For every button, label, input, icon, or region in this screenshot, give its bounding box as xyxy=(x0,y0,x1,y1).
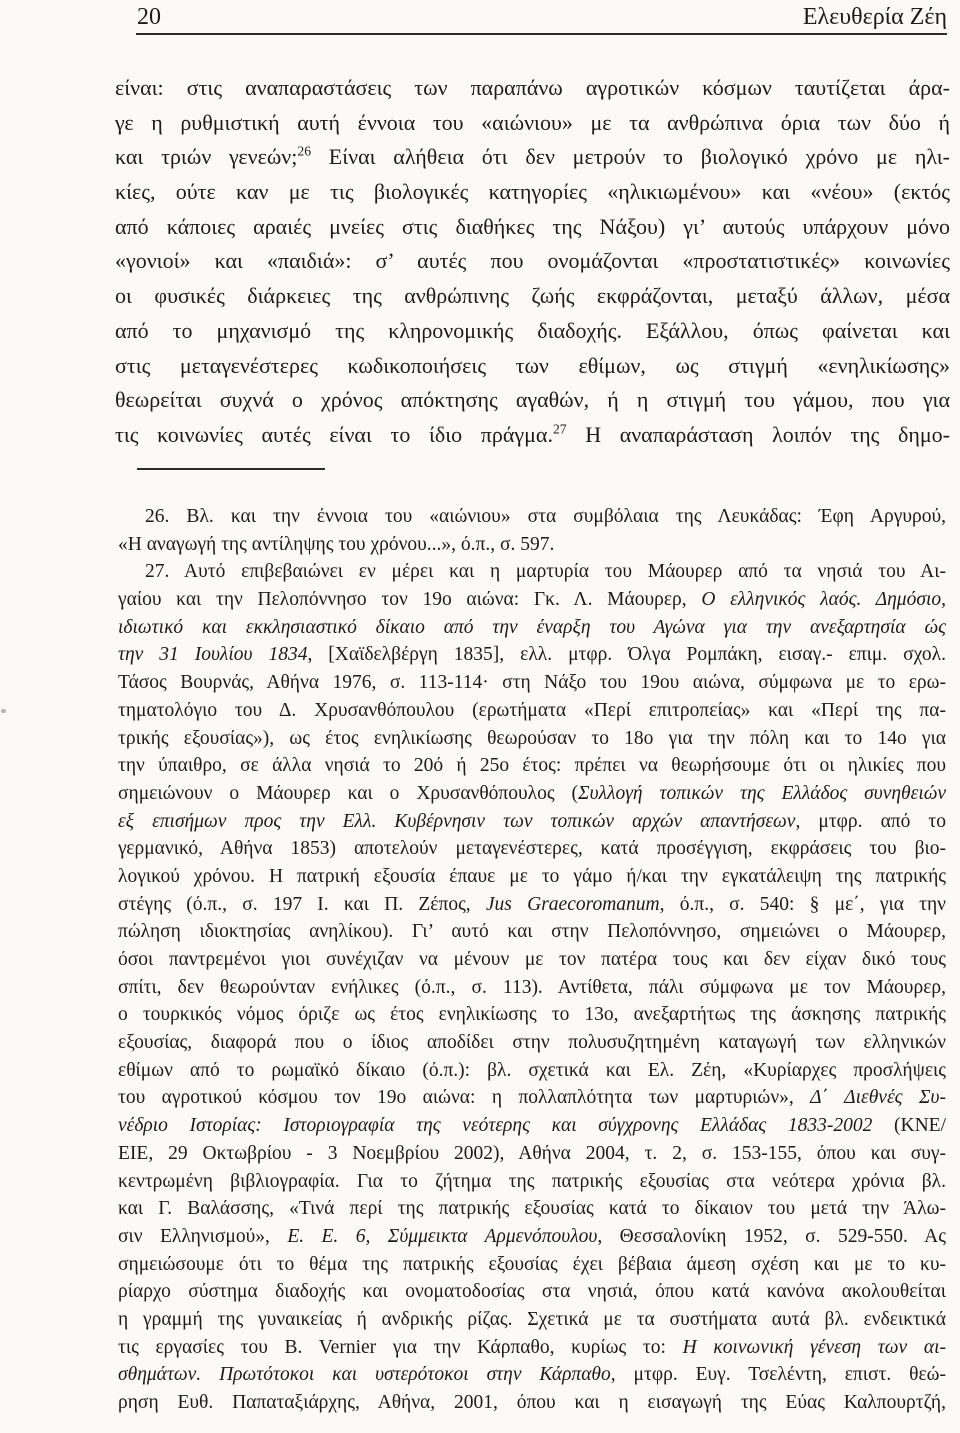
text-segment: γερμανικό, Αθήνα 1853) αποτελούν μεταγεν… xyxy=(118,838,946,859)
text-segment: στέγης (ό.π., σ. 197 Ι. και Π. Ζέπος, xyxy=(118,894,486,915)
page-number: 20 xyxy=(137,2,161,32)
text-segment: σημειώσουμε ότι το θέμα της πατρικής εξο… xyxy=(118,1254,946,1275)
text-segment: σημειώνουν ο Μάουρερ και ο Χρυσανθόπουλο… xyxy=(118,783,578,804)
text-segment: Η κοινωνική γένεση των αι- xyxy=(683,1337,946,1358)
text-segment: τρικής εξουσίας»), ως έτος ενηλικίωσης θ… xyxy=(118,728,946,749)
footnote-ref: 26 xyxy=(297,144,311,159)
text-segment: κίες, ούτε καν με τις βιολογικές κατηγορ… xyxy=(115,179,950,204)
text-segment: από κάποιες αραιές μνείες στις διαθήκες … xyxy=(115,214,950,239)
text-line: στις μεταγενέστερες κωδικοποιήσεις των ε… xyxy=(115,349,950,384)
scan-artifact xyxy=(1,709,6,713)
text-segment: Τάσος Βουρνάς, Αθήνα 1976, σ. 113-114· σ… xyxy=(118,672,946,693)
text-line: είναι: στις αναπαραστάσεις των παραπάνω … xyxy=(115,71,950,106)
text-segment: και τριών γενεών; xyxy=(115,144,297,169)
text-segment: είναι: στις αναπαραστάσεις των παραπάνω … xyxy=(115,75,950,100)
text-segment: στις μεταγενέστερες κωδικοποιήσεις των ε… xyxy=(115,353,950,378)
text-segment: κεντρωμένη βιβλιογραφία. Για το ζήτημα τ… xyxy=(118,1171,946,1192)
text-line: γαίου και την Πελοπόννησο τον 19ο αιώνα:… xyxy=(118,586,946,614)
text-line: τις κοινωνίες αυτές είναι το ίδιο πράγμα… xyxy=(115,418,950,453)
text-line: και Γ. Βαλάσσης, «Τινά περί της πατρικής… xyxy=(118,1195,946,1223)
text-line: σθημάτων. Πρωτότοκοι και υστερότοκοι στη… xyxy=(118,1361,946,1389)
text-segment: λογικού χρόνου. Η πατρική εξουσία έπαυε … xyxy=(118,866,946,887)
text-line: σπίτι, δεν θεωρούνταν ενήλικες (ό.π., σ.… xyxy=(118,974,946,1002)
text-segment: Jus Graecoromanum xyxy=(486,894,660,915)
text-segment: ΕΙΕ, 29 Οκτωβρίου - 3 Νοεμβρίου 2002), Α… xyxy=(118,1143,946,1164)
text-segment: Συλλογή τοπικών της Ελλάδος συνηθειών xyxy=(578,783,946,804)
text-line: λογικού χρόνου. Η πατρική εξουσία έπαυε … xyxy=(118,863,946,891)
text-line: εξ επισήμων προς την Ελλ. Κυβέρνησιν των… xyxy=(118,808,946,836)
text-line: στέγης (ό.π., σ. 197 Ι. και Π. Ζέπος, Ju… xyxy=(118,891,946,919)
text-line: ρηση Ευθ. Παπαταξιάρχης, Αθήνα, 2001, όπ… xyxy=(118,1389,946,1417)
text-line: πώληση ιδιοκτησίας ανηλίκου). Γι’ αυτό κ… xyxy=(118,918,946,946)
text-line: σημειώσουμε ότι το θέμα της πατρικής εξο… xyxy=(118,1251,946,1279)
text-segment: , ό.π., σ. 540: § με΄, για την xyxy=(660,894,946,915)
text-line: 27. Αυτό επιβεβαιώνει εν μέρει και η μαρ… xyxy=(118,558,946,586)
text-line: 26. Βλ. και την έννοια του «αιώνιου» στα… xyxy=(118,503,946,531)
text-segment: νέδριο Ιστορίας: Ιστοριογραφία της νεότε… xyxy=(118,1115,872,1136)
text-segment: από το μηχανισμό της κληρονομικής διαδοχ… xyxy=(115,318,950,343)
text-segment: γε η ρυθμιστική αυτή έννοια του «αιώνιου… xyxy=(115,110,950,135)
text-segment: σιν Ελληνισμού», xyxy=(118,1226,287,1247)
text-line: από κάποιες αραιές μνείες στις διαθήκες … xyxy=(115,210,950,245)
text-line: εθίμων από το ρωμαϊκό δίκαιο (ό.π.): βλ.… xyxy=(118,1057,946,1085)
text-line: γε η ρυθμιστική αυτή έννοια του «αιώνιου… xyxy=(115,106,950,141)
text-line: εξουσίας, διαφορά που ο ίδιος αποδίδει σ… xyxy=(118,1029,946,1057)
text-line: κεντρωμένη βιβλιογραφία. Για το ζήτημα τ… xyxy=(118,1168,946,1196)
text-segment: Δ΄ Διεθνές Συ- xyxy=(810,1087,946,1108)
text-line: σημειώνουν ο Μάουρερ και ο Χρυσανθόπουλο… xyxy=(118,780,946,808)
text-line: «Η αναγωγή της αντίληψης του χρόνου...»,… xyxy=(118,531,946,559)
text-segment: , Θεσσαλονίκη 1952, σ. 529-550. Ας xyxy=(597,1226,946,1247)
text-segment: σπίτι, δεν θεωρούνταν ενήλικες (ό.π., σ.… xyxy=(118,977,946,998)
footnote-separator-rule xyxy=(137,468,325,470)
text-line: ΕΙΕ, 29 Οκτωβρίου - 3 Νοεμβρίου 2002), Α… xyxy=(118,1140,946,1168)
text-line: η γραμμή της γυναικείας ή ανδρικής ρίζας… xyxy=(118,1306,946,1334)
text-segment: γαίου και την Πελοπόννησο τον 19ο αιώνα:… xyxy=(118,589,701,610)
text-line: τηματολόγιο του Δ. Χρυσανθόπουλου (ερωτή… xyxy=(118,697,946,725)
text-segment: , μτφρ. από το xyxy=(795,811,946,832)
text-segment: του αγροτικού κόσμου τον 19ο αιώνα: η πο… xyxy=(118,1087,810,1108)
text-segment: «Η αναγωγή της αντίληψης του χρόνου...»,… xyxy=(118,534,554,555)
text-line: την ύπαιθρο, σε άλλα νησιά το 20ό ή 25ο … xyxy=(118,752,946,780)
text-segment: τις εργασίες του B. Vernier για την Κάρπ… xyxy=(118,1337,683,1358)
text-line: «γονιοί» και «παιδιά»: σ’ αυτές που ονομ… xyxy=(115,244,950,279)
text-segment: Ε. Ε. 6, Σύμμεικτα Αρμενόπουλου xyxy=(287,1226,597,1247)
text-segment: ρίαρχο σύστημα διαδοχής και ονοματοδοσία… xyxy=(118,1281,946,1302)
text-line: ο τουρκικός νόμος όριζε ως έτος ενηλικίω… xyxy=(118,1001,946,1029)
text-segment: 27. Αυτό επιβεβαιώνει εν μέρει και η μαρ… xyxy=(145,561,946,582)
text-segment: η γραμμή της γυναικείας ή ανδρικής ρίζας… xyxy=(118,1309,946,1330)
text-segment: τηματολόγιο του Δ. Χρυσανθόπουλου (ερωτή… xyxy=(118,700,946,721)
running-head: Ελευθερία Ζέη xyxy=(803,2,947,32)
text-segment: Ο ελληνικός λαός. Δημόσιο, xyxy=(701,589,946,610)
text-segment: εξ επισήμων προς την Ελλ. Κυβέρνησιν των… xyxy=(118,811,795,832)
text-segment: , [Χαϊδελβέργη 1835], ελλ. μτφρ. Όλγα Ρο… xyxy=(307,644,946,665)
text-line: και τριών γενεών;26 Είναι αλήθεια ότι δε… xyxy=(115,140,950,175)
text-line: σιν Ελληνισμού», Ε. Ε. 6, Σύμμεικτα Αρμε… xyxy=(118,1223,946,1251)
page-header: 20 Ελευθερία Ζέη xyxy=(137,2,947,32)
text-segment: και Γ. Βαλάσσης, «Τινά περί της πατρικής… xyxy=(118,1198,946,1219)
text-segment: , μτφρ. Ευγ. Τσελέντη, επιστ. θεώ- xyxy=(611,1364,946,1385)
text-segment: οι φυσικές διάρκειες της ανθρώπινης ζωής… xyxy=(115,283,950,308)
text-line: γερμανικό, Αθήνα 1853) αποτελούν μεταγεν… xyxy=(118,835,946,863)
text-segment: πώληση ιδιοκτησίας ανηλίκου). Γι’ αυτό κ… xyxy=(118,921,946,942)
text-line: νέδριο Ιστορίας: Ιστοριογραφία της νεότε… xyxy=(118,1112,946,1140)
text-segment: εθίμων από το ρωμαϊκό δίκαιο (ό.π.): βλ.… xyxy=(118,1060,946,1081)
text-segment: 26. Βλ. και την έννοια του «αιώνιου» στα… xyxy=(145,506,946,527)
text-line: του αγροτικού κόσμου τον 19ο αιώνα: η πο… xyxy=(118,1084,946,1112)
text-segment: την 31 Ιουλίου 1834 xyxy=(118,644,307,665)
text-segment: ρηση Ευθ. Παπαταξιάρχης, Αθήνα, 2001, όπ… xyxy=(118,1392,946,1413)
text-line: ιδιωτικό και εκκλησιαστικό δίκαιο από τη… xyxy=(118,614,946,642)
text-segment: σθημάτων. Πρωτότοκοι και υστερότοκοι στη… xyxy=(118,1364,611,1385)
text-line: θεωρείται συχνά ο χρόνος απόκτησης αγαθώ… xyxy=(115,383,950,418)
text-segment: ο τουρκικός νόμος όριζε ως έτος ενηλικίω… xyxy=(118,1004,946,1025)
text-segment: Η αναπαράσταση λοιπόν της δημο- xyxy=(567,422,950,447)
text-segment: εξουσίας, διαφορά που ο ίδιος αποδίδει σ… xyxy=(118,1032,946,1053)
text-line: τρικής εξουσίας»), ως έτος ενηλικίωσης θ… xyxy=(118,725,946,753)
text-line: την 31 Ιουλίου 1834, [Χαϊδελβέργη 1835],… xyxy=(118,641,946,669)
text-segment: ιδιωτικό και εκκλησιαστικό δίκαιο από τη… xyxy=(118,617,946,638)
text-segment: θεωρείται συχνά ο χρόνος απόκτησης αγαθώ… xyxy=(115,387,950,412)
text-segment: όσοι παντρεμένοι γιοι συνέχιζαν να μένου… xyxy=(118,949,946,970)
text-line: όσοι παντρεμένοι γιοι συνέχιζαν να μένου… xyxy=(118,946,946,974)
scanned-page: 20 Ελευθερία Ζέη είναι: στις αναπαραστάσ… xyxy=(0,0,960,1433)
text-segment: «γονιοί» και «παιδιά»: σ’ αυτές που ονομ… xyxy=(115,248,950,273)
text-line: από το μηχανισμό της κληρονομικής διαδοχ… xyxy=(115,314,950,349)
text-line: οι φυσικές διάρκειες της ανθρώπινης ζωής… xyxy=(115,279,950,314)
text-line: Τάσος Βουρνάς, Αθήνα 1976, σ. 113-114· σ… xyxy=(118,669,946,697)
text-line: τις εργασίες του B. Vernier για την Κάρπ… xyxy=(118,1334,946,1362)
text-line: κίες, ούτε καν με τις βιολογικές κατηγορ… xyxy=(115,175,950,210)
text-segment: τις κοινωνίες αυτές είναι το ίδιο πράγμα… xyxy=(115,422,553,447)
footnote-ref: 27 xyxy=(553,422,567,437)
text-line: ρίαρχο σύστημα διαδοχής και ονοματοδοσία… xyxy=(118,1278,946,1306)
body-paragraph: είναι: στις αναπαραστάσεις των παραπάνω … xyxy=(115,71,950,453)
header-rule xyxy=(136,33,947,35)
text-segment: (ΚΝΕ/ xyxy=(872,1115,946,1136)
text-segment: την ύπαιθρο, σε άλλα νησιά το 20ό ή 25ο … xyxy=(118,755,946,776)
footnotes-block: 26. Βλ. και την έννοια του «αιώνιου» στα… xyxy=(118,503,946,1417)
text-segment: Είναι αλήθεια ότι δεν μετρούν το βιολογι… xyxy=(311,144,950,169)
